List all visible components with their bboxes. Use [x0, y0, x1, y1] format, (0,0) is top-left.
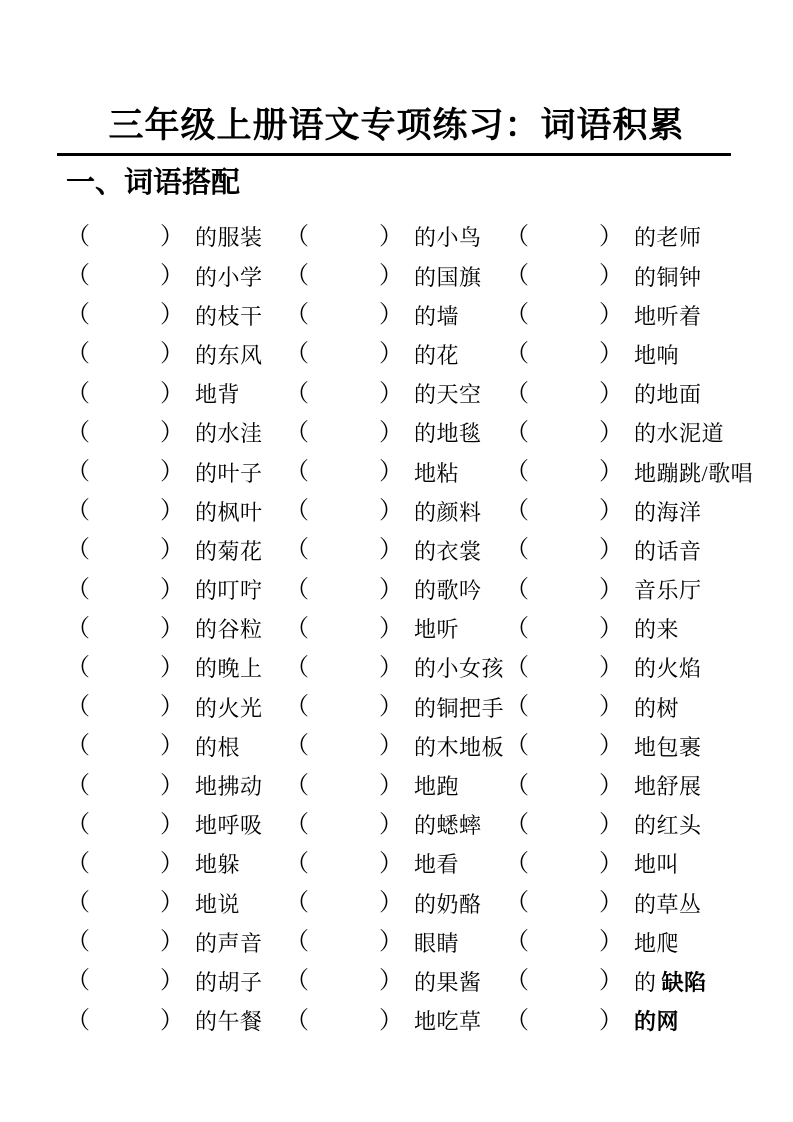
blank-space	[90, 511, 160, 512]
exercise-word: 的火光	[195, 692, 263, 723]
exercise-row: （）的声音（）眼睛（）地爬	[66, 923, 793, 962]
blank-close-paren: ）	[160, 969, 184, 993]
blank-open-paren: （	[66, 460, 90, 484]
exercise-item: （）的午餐	[66, 1005, 285, 1036]
blank-open-paren: （	[505, 264, 529, 288]
blank-open-paren: （	[285, 852, 309, 876]
worksheet-page: 三年级上册语文专项练习：词语积累 一、词语搭配 （）的服装（）的小鸟（）的老师（…	[0, 0, 793, 1122]
blank-close-paren: ）	[160, 774, 184, 798]
blank-space	[309, 824, 379, 825]
exercise-word: 的网	[634, 1005, 679, 1036]
blank-close-paren: ）	[160, 538, 184, 562]
exercise-item: （）的衣裳	[285, 535, 505, 566]
blank-space	[309, 628, 379, 629]
blank-close-paren: ）	[599, 264, 623, 288]
blank-open-paren: （	[66, 617, 90, 641]
blank-close-paren: ）	[599, 342, 623, 366]
blank-close-paren: ）	[379, 774, 403, 798]
exercise-row: （）地背（）的天空（）的地面	[66, 374, 793, 413]
blank-close-paren: ）	[379, 617, 403, 641]
blank-open-paren: （	[66, 852, 90, 876]
exercise-word: 地听	[414, 613, 459, 644]
exercise-word: 的胡子	[195, 966, 263, 997]
blank-space	[309, 903, 379, 904]
blank-open-paren: （	[285, 225, 309, 249]
blank-close-paren: ）	[599, 813, 623, 837]
exercise-word: 的话音	[634, 535, 702, 566]
exercise-item: （）地跑	[285, 770, 505, 801]
exercise-row: （）的谷粒（）地听（）的来	[66, 609, 793, 648]
blank-open-paren: （	[505, 695, 529, 719]
blank-open-paren: （	[505, 421, 529, 445]
blank-open-paren: （	[285, 930, 309, 954]
blank-open-paren: （	[66, 1009, 90, 1033]
exercise-word: 的老师	[634, 221, 702, 252]
exercise-item: （）地说	[66, 888, 285, 919]
blank-open-paren: （	[285, 342, 309, 366]
exercise-item: （）地蹦跳/歌唱	[505, 457, 753, 488]
exercise-word: 的奶酪	[414, 888, 482, 919]
blank-space	[529, 903, 599, 904]
exercise-item: （）地叫	[505, 848, 679, 879]
exercise-word: 地拂动	[195, 770, 263, 801]
blank-open-paren: （	[285, 538, 309, 562]
exercise-item: （）地听	[285, 613, 505, 644]
blank-space	[529, 785, 599, 786]
blank-open-paren: （	[66, 342, 90, 366]
exercise-word: 的火焰	[634, 652, 702, 683]
blank-space	[90, 746, 160, 747]
exercise-row: （）地躲（）地看（）地叫	[66, 844, 793, 883]
exercise-row: （）地说（）的奶酪（）的草丛	[66, 883, 793, 922]
blank-close-paren: ）	[379, 499, 403, 523]
blank-space	[309, 511, 379, 512]
blank-close-paren: ）	[599, 303, 623, 327]
blank-space	[529, 511, 599, 512]
blank-space	[529, 550, 599, 551]
exercise-item: （）地吃草	[285, 1005, 505, 1036]
exercise-item: （）的话音	[505, 535, 702, 566]
exercise-row: （）地呼吸（）的蟋蟀（）的红头	[66, 805, 793, 844]
exercise-item: （）的草丛	[505, 888, 702, 919]
blank-open-paren: （	[285, 734, 309, 758]
exercise-word: 的颜料	[414, 496, 482, 527]
exercise-word: 地吃草	[414, 1005, 482, 1036]
exercise-row: （）的晚上（）的小女孩（）的火焰	[66, 648, 793, 687]
exercise-word: 的红头	[634, 809, 702, 840]
blank-space	[529, 824, 599, 825]
exercise-item: （）眼睛	[285, 927, 505, 958]
blank-close-paren: ）	[160, 930, 184, 954]
blank-open-paren: （	[505, 930, 529, 954]
exercise-row: （）的小学（）的国旗（）的铜钟	[66, 256, 793, 295]
blank-space	[529, 707, 599, 708]
blank-open-paren: （	[66, 891, 90, 915]
blank-open-paren: （	[285, 969, 309, 993]
blank-open-paren: （	[285, 303, 309, 327]
exercise-item: （）地粘	[285, 457, 505, 488]
exercise-item: （）地爬	[505, 927, 679, 958]
blank-close-paren: ）	[599, 969, 623, 993]
exercise-row: （）的东风（）的花（）地响	[66, 335, 793, 374]
blank-close-paren: ）	[379, 656, 403, 680]
blank-space	[90, 942, 160, 943]
blank-space	[309, 315, 379, 316]
blank-open-paren: （	[505, 382, 529, 406]
exercise-word: 的根	[195, 731, 240, 762]
exercise-item: （）地响	[505, 339, 679, 370]
blank-close-paren: ）	[160, 499, 184, 523]
blank-space	[90, 276, 160, 277]
exercise-word: 的天空	[414, 378, 482, 409]
blank-close-paren: ）	[379, 264, 403, 288]
blank-open-paren: （	[66, 656, 90, 680]
blank-open-paren: （	[285, 460, 309, 484]
exercise-word: 的国旗	[414, 261, 482, 292]
exercise-item: （）的枫叶	[66, 496, 285, 527]
exercise-word: 的草丛	[634, 888, 702, 919]
exercise-item: （）地背	[66, 378, 285, 409]
blank-close-paren: ）	[160, 342, 184, 366]
blank-open-paren: （	[285, 1009, 309, 1033]
blank-close-paren: ）	[599, 930, 623, 954]
exercise-item: （）的小学	[66, 261, 285, 292]
blank-space	[90, 863, 160, 864]
exercise-word: 的小学	[195, 261, 263, 292]
exercise-row: （）的根（）的木地板（）地包裹	[66, 727, 793, 766]
exercise-item: （）的谷粒	[66, 613, 285, 644]
exercise-item: （）的地毯	[285, 417, 505, 448]
blank-open-paren: （	[505, 538, 529, 562]
blank-open-paren: （	[505, 617, 529, 641]
blank-space	[90, 667, 160, 668]
exercise-word: 的地面	[634, 378, 702, 409]
blank-close-paren: ）	[599, 852, 623, 876]
blank-open-paren: （	[66, 421, 90, 445]
exercise-item: （）的叶子	[66, 457, 285, 488]
blank-open-paren: （	[66, 578, 90, 602]
blank-space	[309, 785, 379, 786]
exercise-item: （）的地面	[505, 378, 702, 409]
blank-open-paren: （	[66, 382, 90, 406]
exercise-word: 的衣裳	[414, 535, 482, 566]
blank-open-paren: （	[66, 225, 90, 249]
exercise-item: （）的天空	[285, 378, 505, 409]
blank-space	[90, 707, 160, 708]
blank-space	[90, 903, 160, 904]
exercise-word-bold: 缺陷	[662, 966, 707, 997]
blank-open-paren: （	[285, 499, 309, 523]
blank-space	[90, 236, 160, 237]
exercise-item: （）地包裹	[505, 731, 702, 762]
exercise-item: （）地躲	[66, 848, 285, 879]
exercise-row: （）的火光（）的铜把手（）的树	[66, 688, 793, 727]
exercise-word: 地跑	[414, 770, 459, 801]
blank-space	[90, 1020, 160, 1021]
blank-open-paren: （	[505, 813, 529, 837]
blank-close-paren: ）	[599, 382, 623, 406]
exercise-row: （）地拂动（）地跑（）地舒展	[66, 766, 793, 805]
blank-close-paren: ）	[599, 1009, 623, 1033]
blank-space	[90, 393, 160, 394]
page-title: 三年级上册语文专项练习：词语积累	[0, 0, 793, 149]
blank-close-paren: ）	[599, 421, 623, 445]
blank-space	[529, 589, 599, 590]
blank-space	[90, 354, 160, 355]
exercise-item: （）的缺陷	[505, 966, 707, 997]
blank-open-paren: （	[505, 891, 529, 915]
blank-open-paren: （	[66, 695, 90, 719]
exercise-row: （）的服装（）的小鸟（）的老师	[66, 217, 793, 256]
blank-close-paren: ）	[599, 695, 623, 719]
blank-open-paren: （	[285, 421, 309, 445]
blank-open-paren: （	[285, 617, 309, 641]
exercise-item: （）地听着	[505, 300, 702, 331]
blank-space	[529, 354, 599, 355]
exercise-item: （）的蟋蟀	[285, 809, 505, 840]
exercise-item: （）的火光	[66, 692, 285, 723]
blank-close-paren: ）	[160, 264, 184, 288]
exercise-item: （）地呼吸	[66, 809, 285, 840]
exercise-item: （）的根	[66, 731, 285, 762]
exercise-word: 的服装	[195, 221, 263, 252]
exercise-word: 的晚上	[195, 652, 263, 683]
blank-space	[309, 863, 379, 864]
blank-space	[309, 393, 379, 394]
blank-open-paren: （	[505, 852, 529, 876]
exercise-row: （）的叮咛（）的歌吟（）音乐厅	[66, 570, 793, 609]
blank-space	[309, 981, 379, 982]
exercise-word: 的来	[634, 613, 679, 644]
exercise-item: （）的网	[505, 1005, 679, 1036]
section-heading: 一、词语搭配	[66, 166, 793, 201]
exercise-word: 地叫	[634, 848, 679, 879]
blank-space	[90, 824, 160, 825]
blank-space	[90, 589, 160, 590]
blank-space	[309, 746, 379, 747]
exercise-word: 的枝干	[195, 300, 263, 331]
blank-close-paren: ）	[160, 891, 184, 915]
exercise-word: 的墙	[414, 300, 459, 331]
blank-close-paren: ）	[379, 421, 403, 445]
exercise-row: （）的水洼（）的地毯（）的水泥道	[66, 413, 793, 452]
exercise-item: （）地拂动	[66, 770, 285, 801]
blank-space	[529, 472, 599, 473]
blank-space	[529, 393, 599, 394]
blank-space	[90, 785, 160, 786]
exercise-word: 的地毯	[414, 417, 482, 448]
exercise-item: （）的歌吟	[285, 574, 505, 605]
blank-close-paren: ）	[379, 813, 403, 837]
blank-close-paren: ）	[599, 499, 623, 523]
title-divider	[57, 153, 731, 156]
exercise-word: 的水洼	[195, 417, 263, 448]
exercise-word: 的铜把手	[414, 692, 504, 723]
exercise-item: （）的水洼	[66, 417, 285, 448]
blank-close-paren: ）	[599, 578, 623, 602]
blank-close-paren: ）	[379, 382, 403, 406]
exercise-word: 的花	[414, 339, 459, 370]
blank-space	[529, 667, 599, 668]
blank-open-paren: （	[285, 578, 309, 602]
blank-close-paren: ）	[379, 303, 403, 327]
blank-open-paren: （	[505, 578, 529, 602]
blank-close-paren: ）	[599, 891, 623, 915]
blank-space	[90, 472, 160, 473]
exercise-item: （）的铜钟	[505, 261, 702, 292]
blank-close-paren: ）	[160, 421, 184, 445]
exercise-word: 的谷粒	[195, 613, 263, 644]
exercise-item: （）的树	[505, 692, 679, 723]
blank-open-paren: （	[285, 695, 309, 719]
exercise-word: 的果酱	[414, 966, 482, 997]
exercise-item: （）的奶酪	[285, 888, 505, 919]
exercise-item: （）音乐厅	[505, 574, 702, 605]
exercise-word: 地响	[634, 339, 679, 370]
blank-open-paren: （	[66, 969, 90, 993]
blank-close-paren: ）	[379, 852, 403, 876]
blank-space	[309, 707, 379, 708]
exercise-word: 的小鸟	[414, 221, 482, 252]
blank-open-paren: （	[505, 656, 529, 680]
exercise-item: （）的墙	[285, 300, 505, 331]
exercise-item: （）的果酱	[285, 966, 505, 997]
blank-close-paren: ）	[379, 342, 403, 366]
exercise-word: 的	[634, 966, 657, 997]
blank-space	[90, 628, 160, 629]
exercise-item: （）的火焰	[505, 652, 702, 683]
blank-space	[529, 1020, 599, 1021]
blank-open-paren: （	[285, 264, 309, 288]
blank-space	[529, 981, 599, 982]
exercise-word: 的木地板	[414, 731, 504, 762]
blank-space	[309, 667, 379, 668]
exercise-word: 的东风	[195, 339, 263, 370]
blank-close-paren: ）	[599, 460, 623, 484]
exercise-word: 音乐厅	[634, 574, 702, 605]
exercise-word: 的午餐	[195, 1005, 263, 1036]
blank-close-paren: ）	[160, 382, 184, 406]
blank-space	[90, 432, 160, 433]
exercise-item: （）的小鸟	[285, 221, 505, 252]
blank-close-paren: ）	[160, 852, 184, 876]
blank-open-paren: （	[66, 734, 90, 758]
blank-space	[529, 863, 599, 864]
blank-open-paren: （	[505, 342, 529, 366]
exercise-item: （）的铜把手	[285, 692, 505, 723]
exercise-item: （）的小女孩	[285, 652, 505, 683]
blank-close-paren: ）	[379, 734, 403, 758]
exercise-word: 的叮咛	[195, 574, 263, 605]
blank-space	[309, 354, 379, 355]
blank-close-paren: ）	[160, 225, 184, 249]
blank-close-paren: ）	[379, 969, 403, 993]
exercise-word: 的歌吟	[414, 574, 482, 605]
blank-close-paren: ）	[160, 578, 184, 602]
blank-open-paren: （	[505, 734, 529, 758]
exercise-item: （）的颜料	[285, 496, 505, 527]
blank-space	[529, 432, 599, 433]
blank-close-paren: ）	[160, 656, 184, 680]
blank-close-paren: ）	[599, 656, 623, 680]
exercise-row: （）的叶子（）地粘（）地蹦跳/歌唱	[66, 452, 793, 491]
blank-close-paren: ）	[379, 578, 403, 602]
blank-space	[529, 315, 599, 316]
blank-open-paren: （	[66, 930, 90, 954]
blank-space	[309, 1020, 379, 1021]
blank-close-paren: ）	[599, 774, 623, 798]
blank-open-paren: （	[505, 774, 529, 798]
blank-space	[529, 628, 599, 629]
blank-open-paren: （	[285, 382, 309, 406]
blank-open-paren: （	[66, 813, 90, 837]
exercise-grid: （）的服装（）的小鸟（）的老师（）的小学（）的国旗（）的铜钟（）的枝干（）的墙（…	[66, 217, 793, 1040]
blank-close-paren: ）	[160, 303, 184, 327]
blank-space	[90, 315, 160, 316]
exercise-item: （）的服装	[66, 221, 285, 252]
blank-open-paren: （	[66, 499, 90, 523]
blank-space	[90, 550, 160, 551]
blank-open-paren: （	[505, 969, 529, 993]
blank-space	[309, 550, 379, 551]
exercise-word: 地躲	[195, 848, 240, 879]
blank-close-paren: ）	[379, 1009, 403, 1033]
exercise-item: （）的海洋	[505, 496, 702, 527]
exercise-item: （）的东风	[66, 339, 285, 370]
blank-space	[529, 942, 599, 943]
blank-close-paren: ）	[379, 891, 403, 915]
blank-space	[529, 746, 599, 747]
blank-close-paren: ）	[599, 734, 623, 758]
exercise-word: 地呼吸	[195, 809, 263, 840]
blank-space	[309, 472, 379, 473]
exercise-word: 地包裹	[634, 731, 702, 762]
blank-close-paren: ）	[599, 617, 623, 641]
exercise-word: 的海洋	[634, 496, 702, 527]
blank-close-paren: ）	[379, 930, 403, 954]
exercise-item: （）的水泥道	[505, 417, 724, 448]
blank-open-paren: （	[505, 460, 529, 484]
exercise-word: 的树	[634, 692, 679, 723]
blank-open-paren: （	[66, 538, 90, 562]
blank-space	[309, 432, 379, 433]
exercise-item: （）的木地板	[285, 731, 505, 762]
exercise-row: （）的枫叶（）的颜料（）的海洋	[66, 492, 793, 531]
blank-open-paren: （	[505, 225, 529, 249]
blank-open-paren: （	[285, 774, 309, 798]
exercise-word: 地舒展	[634, 770, 702, 801]
blank-space	[529, 276, 599, 277]
blank-close-paren: ）	[160, 695, 184, 719]
blank-open-paren: （	[285, 656, 309, 680]
blank-open-paren: （	[505, 1009, 529, 1033]
exercise-word: 的叶子	[195, 457, 263, 488]
blank-open-paren: （	[285, 813, 309, 837]
exercise-word: 的菊花	[195, 535, 263, 566]
blank-open-paren: （	[505, 499, 529, 523]
exercise-word: 的枫叶	[195, 496, 263, 527]
blank-close-paren: ）	[379, 695, 403, 719]
blank-close-paren: ）	[160, 734, 184, 758]
blank-open-paren: （	[285, 891, 309, 915]
exercise-item: （）的晚上	[66, 652, 285, 683]
exercise-item: （）的花	[285, 339, 505, 370]
exercise-word: 地背	[195, 378, 240, 409]
exercise-word: 的小女孩	[414, 652, 504, 683]
exercise-word: 地说	[195, 888, 240, 919]
blank-close-paren: ）	[599, 225, 623, 249]
exercise-item: （）地舒展	[505, 770, 702, 801]
